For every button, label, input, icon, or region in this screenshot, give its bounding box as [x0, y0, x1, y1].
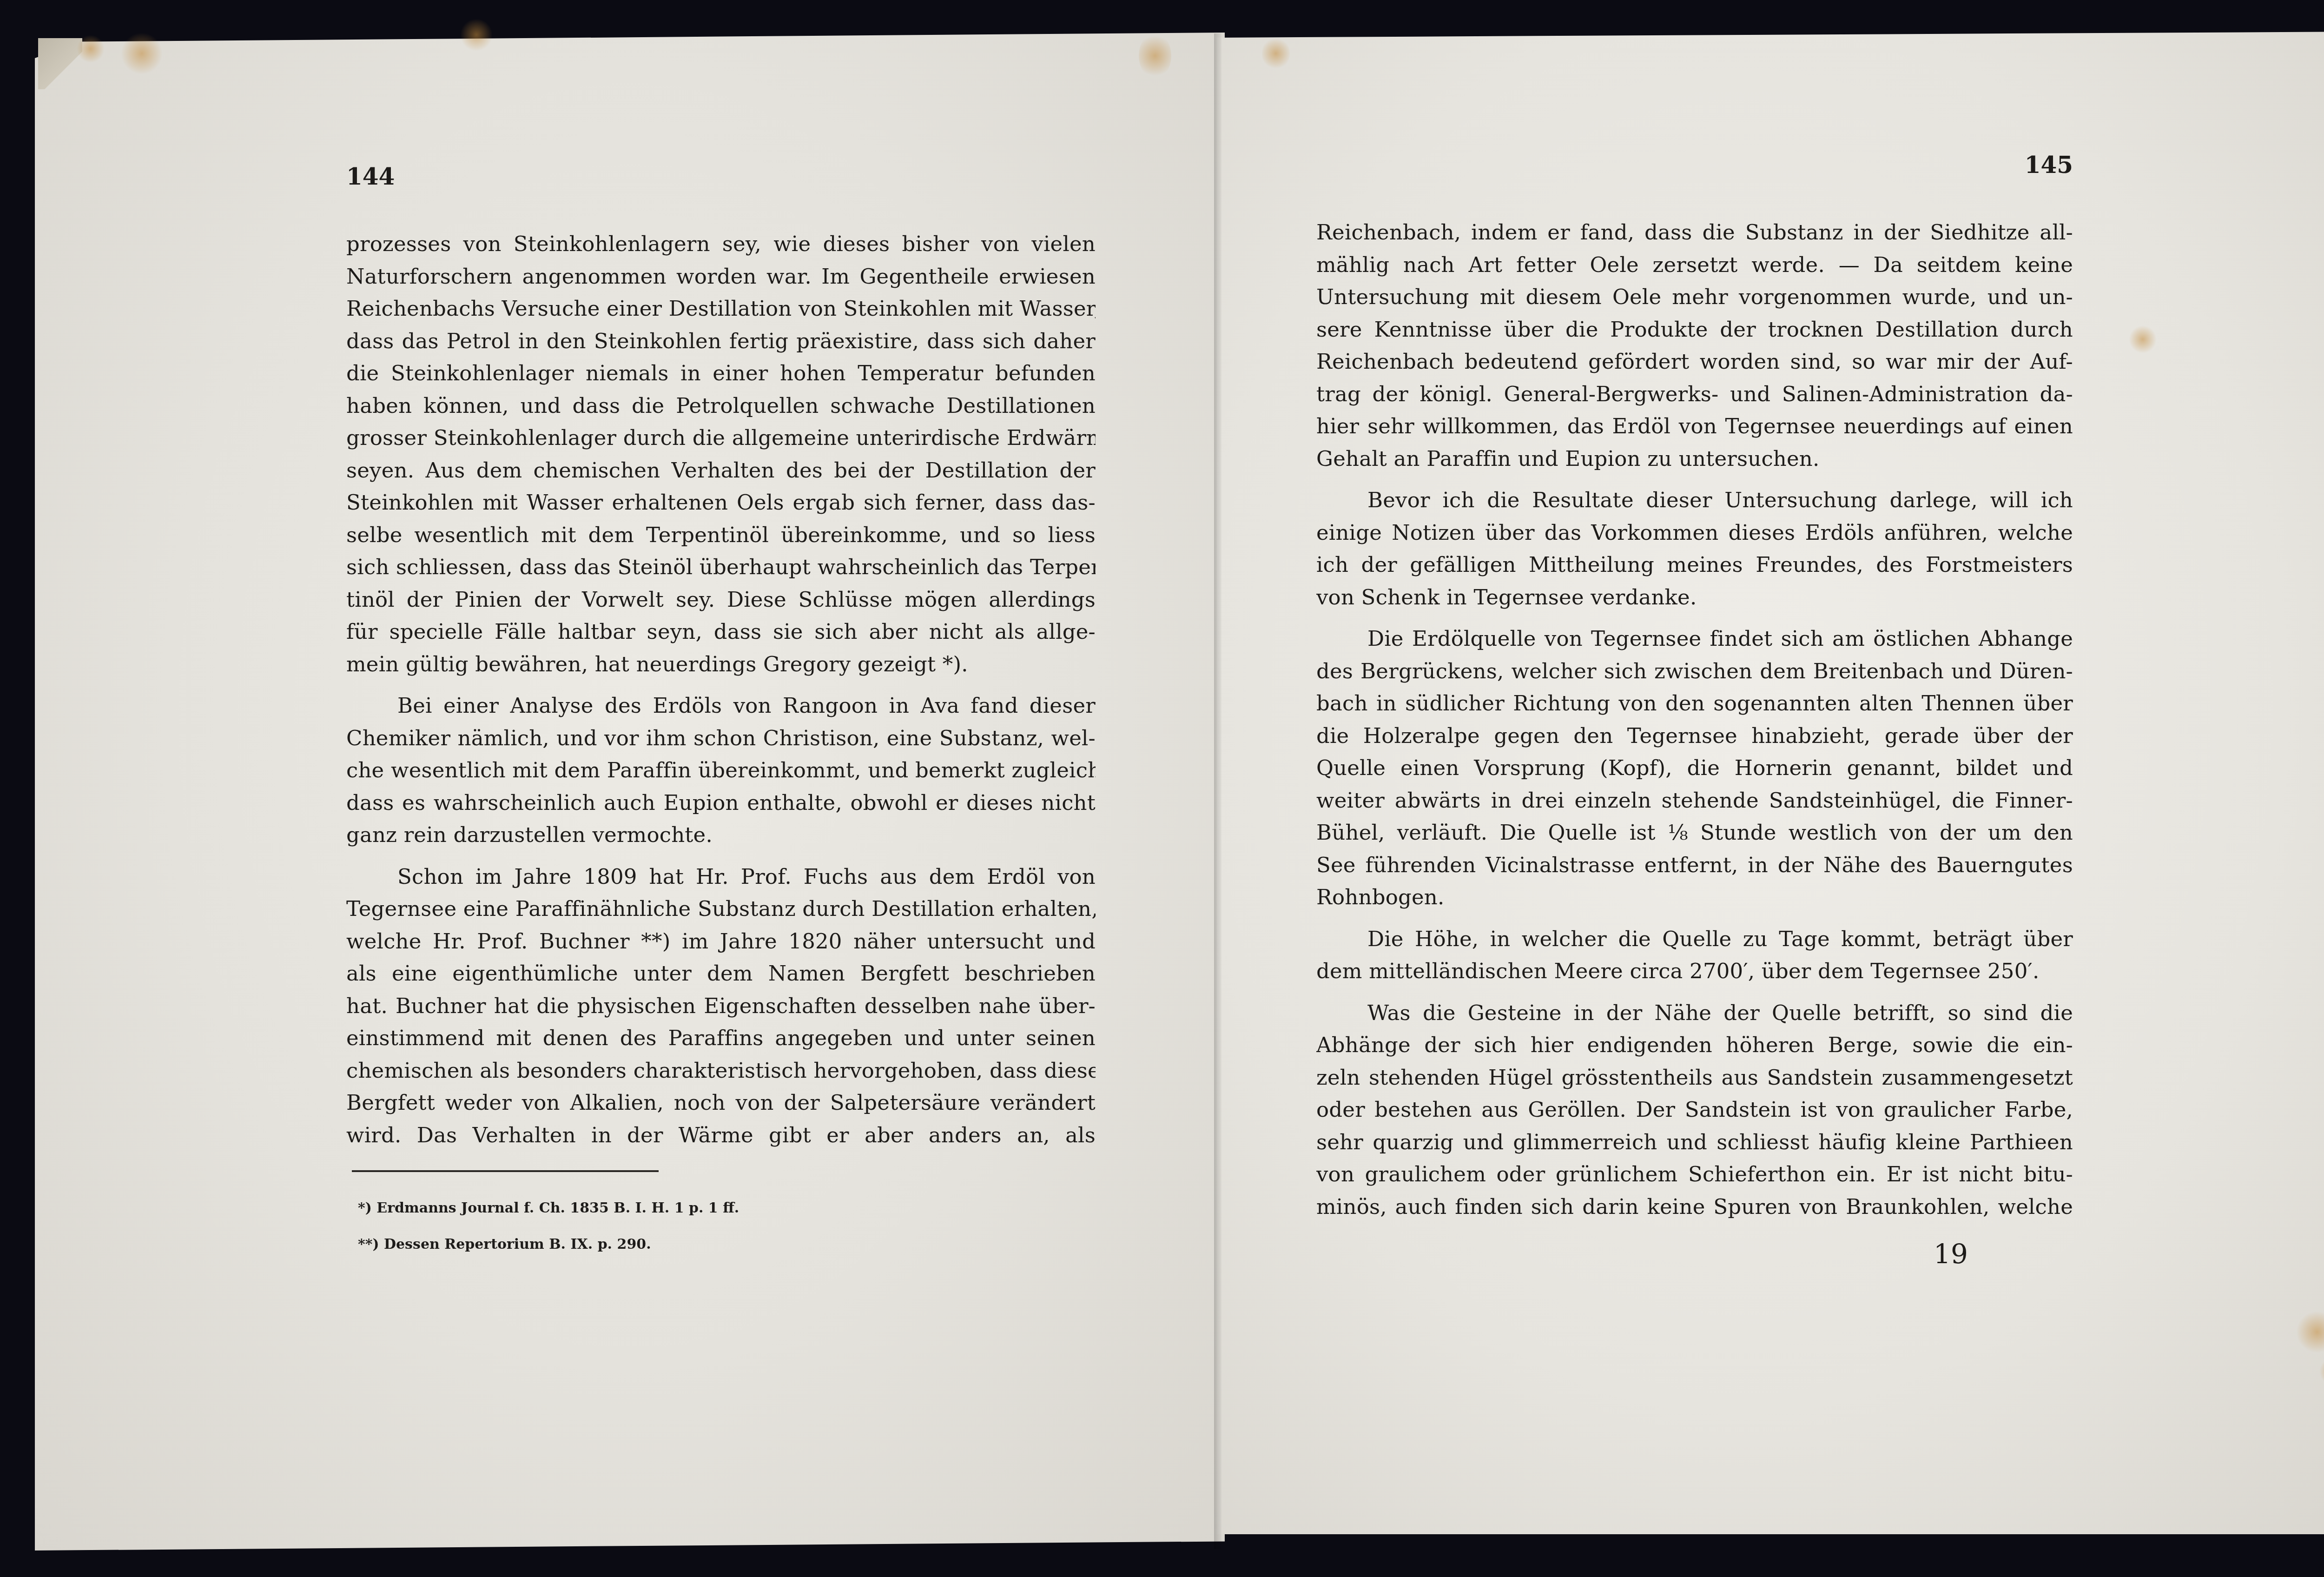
- text-line: Chemiker nämlich, und vor ihm schon Chri…: [346, 722, 1096, 755]
- text-line: See führenden Vicinalstrasse entfernt, i…: [1316, 849, 2073, 881]
- text-line: wird. Das Verhalten in der Wärme gibt er…: [346, 1119, 1096, 1152]
- text-line: einige Notizen über das Vorkommen dieses…: [1316, 517, 2073, 549]
- foxing-stain: [1139, 33, 1171, 79]
- text-line: Die Erdölquelle von Tegernsee findet sic…: [1316, 623, 2073, 655]
- text-line: chemischen als besonders charakteristisc…: [346, 1054, 1096, 1087]
- text-line: haben können, und dass die Petrolquellen…: [346, 390, 1096, 422]
- text-line: oder bestehen aus Geröllen. Der Sandstei…: [1316, 1093, 2073, 1126]
- text-line: che wesentlich mit dem Paraffin übereink…: [346, 754, 1096, 787]
- text-line: Reichenbach bedeutend gefördert worden s…: [1316, 345, 2073, 378]
- foxing-stain: [77, 35, 105, 63]
- text-line: prozesses von Steinkohlenlagern sey, wie…: [346, 228, 1096, 260]
- text-line: von graulichem oder grünlichem Schiefert…: [1316, 1158, 2073, 1191]
- text-line: Bevor ich die Resultate dieser Untersuch…: [1316, 484, 2073, 517]
- foxing-stain: [1262, 37, 1290, 70]
- text-line: tinöl der Pinien der Vorwelt sey. Diese …: [346, 583, 1096, 616]
- text-line: selbe wesentlich mit dem Terpentinöl übe…: [346, 519, 1096, 551]
- text-line: Bühel, verläuft. Die Quelle ist ⅛ Stunde…: [1316, 816, 2073, 849]
- text-line: Untersuchung mit diesem Oele mehr vorgen…: [1316, 281, 2073, 313]
- text-line: für specielle Fälle haltbar seyn, dass s…: [346, 616, 1096, 648]
- paragraph: Die Höhe, in welcher die Quelle zu Tage …: [1316, 923, 2073, 987]
- text-line: die Steinkohlenlager niemals in einer ho…: [346, 357, 1096, 390]
- text-line: Die Höhe, in welcher die Quelle zu Tage …: [1316, 923, 2073, 955]
- text-line: weiter abwärts in drei einzeln stehende …: [1316, 784, 2073, 817]
- text-line: welche Hr. Prof. Buchner **) im Jahre 18…: [346, 925, 1096, 958]
- paragraph: prozesses von Steinkohlenlagern sey, wie…: [346, 228, 1096, 680]
- text-line: ganz rein darzustellen vermochte.: [346, 819, 1096, 851]
- footnote: *) Erdmanns Journal f. Ch. 1835 B. I. H.…: [358, 1190, 739, 1226]
- text-line: Gehalt an Paraffin und Eupion zu untersu…: [1316, 443, 2073, 475]
- text-line: Tegernsee eine Paraffinähnliche Substanz…: [346, 893, 1096, 925]
- text-line: mählig nach Art fetter Oele zersetzt wer…: [1316, 249, 2073, 281]
- text-line: von Schenk in Tegernsee verdanke.: [1316, 581, 2073, 614]
- text-line: Bergfett weder von Alkalien, noch von de…: [346, 1087, 1096, 1119]
- text-line: Was die Gesteine in der Nähe der Quelle …: [1316, 997, 2073, 1029]
- paragraph: Bei einer Analyse des Erdöls von Rangoon…: [346, 689, 1096, 851]
- text-line: zeln stehenden Hügel grösstentheils aus …: [1316, 1061, 2073, 1094]
- footnote-divider: [352, 1170, 659, 1172]
- paragraph: Was die Gesteine in der Nähe der Quelle …: [1316, 997, 2073, 1223]
- text-line: Abhänge der sich hier endigenden höheren…: [1316, 1029, 2073, 1061]
- text-line: einstimmend mit denen des Paraffins ange…: [346, 1022, 1096, 1054]
- signature-mark: 19: [1934, 1240, 1968, 1267]
- text-line: als eine eigenthümliche unter dem Namen …: [346, 957, 1096, 990]
- text-line: Reichenbach, indem er fand, dass die Sub…: [1316, 216, 2073, 249]
- text-line: Schon im Jahre 1809 hat Hr. Prof. Fuchs …: [346, 861, 1096, 893]
- paragraph: Schon im Jahre 1809 hat Hr. Prof. Fuchs …: [346, 861, 1096, 1152]
- right-page-text: 145 Reichenbach, indem er fand, dass die…: [1316, 153, 2073, 1223]
- text-line: hat. Buchner hat die physischen Eigensch…: [346, 990, 1096, 1022]
- text-line: Naturforschern angenommen worden war. Im…: [346, 260, 1096, 293]
- text-line: ich der gefälligen Mittheilung meines Fr…: [1316, 549, 2073, 581]
- foxing-stain: [121, 33, 163, 74]
- text-line: sehr quarzig und glimmerreich und schlie…: [1316, 1126, 2073, 1159]
- text-line: Reichenbachs Versuche einer Destillation…: [346, 292, 1096, 325]
- text-line: hier sehr willkommen, das Erdöl von Tege…: [1316, 410, 2073, 443]
- paragraph: Die Erdölquelle von Tegernsee findet sic…: [1316, 623, 2073, 914]
- left-page-text: 144 prozesses von Steinkohlenlagern sey,…: [346, 165, 1096, 1151]
- text-line: seyen. Aus dem chemischen Verhalten des …: [346, 454, 1096, 487]
- paragraph: Reichenbach, indem er fand, dass die Sub…: [1316, 216, 2073, 475]
- page-number: 144: [346, 165, 1096, 202]
- text-line: Quelle einen Vorsprung (Kopf), die Horne…: [1316, 752, 2073, 784]
- text-line: mein gültig bewähren, hat neuerdings Gre…: [346, 648, 1096, 681]
- text-line: bach in südlicher Richtung von den sogen…: [1316, 687, 2073, 720]
- text-line: Bei einer Analyse des Erdöls von Rangoon…: [346, 689, 1096, 722]
- text-line: des Bergrückens, welcher sich zwischen d…: [1316, 655, 2073, 688]
- paragraph: Bevor ich die Resultate dieser Untersuch…: [1316, 484, 2073, 613]
- footnotes: *) Erdmanns Journal f. Ch. 1835 B. I. H.…: [358, 1190, 739, 1263]
- book-gutter: [1214, 33, 1221, 1549]
- text-line: sich schliessen, dass das Steinöl überha…: [346, 551, 1096, 583]
- text-line: Rohnbogen.: [1316, 881, 2073, 914]
- foxing-stain: [460, 19, 493, 51]
- foxing-stain: [2129, 325, 2157, 353]
- text-line: sere Kenntnisse über die Produkte der tr…: [1316, 313, 2073, 346]
- text-line: dass es wahrscheinlich auch Eupion entha…: [346, 787, 1096, 819]
- text-line: dem mittelländischen Meere circa 2700′, …: [1316, 955, 2073, 987]
- text-line: minös, auch finden sich darin keine Spur…: [1316, 1191, 2073, 1223]
- page-number: 145: [1316, 153, 2073, 191]
- text-line: die Holzeralpe gegen den Tegernsee hinab…: [1316, 720, 2073, 752]
- text-line: dass das Petrol in den Steinkohlen ferti…: [346, 325, 1096, 358]
- text-line: trag der königl. General-Bergwerks- und …: [1316, 378, 2073, 411]
- footnote: **) Dessen Repertorium B. IX. p. 290.: [358, 1226, 739, 1263]
- folded-corner: [38, 38, 82, 89]
- text-line: Steinkohlen mit Wasser erhaltenen Oels e…: [346, 486, 1096, 519]
- text-line: grosser Steinkohlenlager durch die allge…: [346, 422, 1096, 454]
